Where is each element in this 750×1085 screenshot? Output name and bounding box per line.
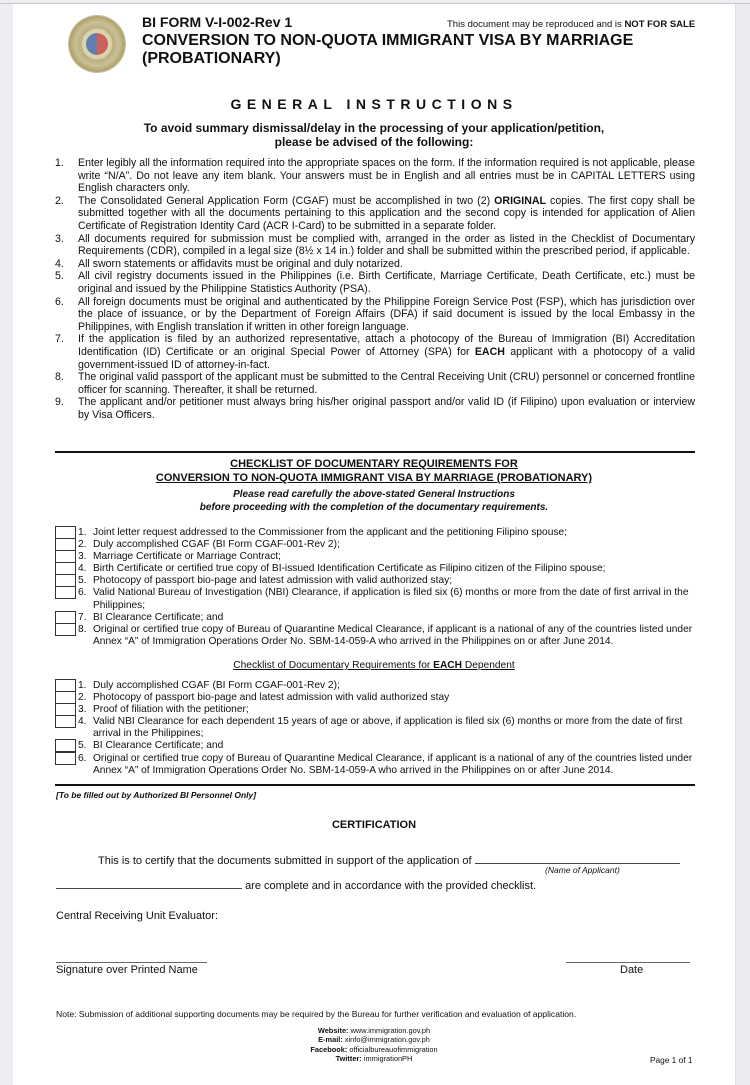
item-text: Valid NBI Clearance for each dependent 1… [93,716,682,739]
website-link[interactable]: www.immigration.gov.ph [351,1026,431,1035]
instruction-item: 2.The Consolidated General Application F… [55,195,695,233]
instruction-number: 8. [55,371,64,384]
applicant-checklist-item: 6.Valid National Bureau of Investigation… [55,587,700,611]
dependent-checklist-caption: Checklist of Documentary Requirements fo… [13,660,735,671]
instruction-number: 2. [55,195,64,208]
section-divider [55,451,695,453]
subheading-line1: To avoid summary dismissal/delay in the … [13,121,735,135]
facebook-label: Facebook: [310,1045,347,1054]
instruction-emphasis: EACH [475,346,505,358]
dependent-checklist-item: 4.Valid NBI Clearance for each dependent… [55,716,700,740]
applicant-checklist-item: 8.Original or certified true copy of Bur… [55,624,700,648]
email-row: E-mail: xinfo@immigration.gov.ph [13,1035,735,1044]
instruction-text: Enter legibly all the information requir… [78,157,695,194]
item-number: 8. [78,624,87,636]
twitter-label: Twitter: [336,1054,362,1063]
checkbox[interactable] [55,752,76,765]
item-text: BI Clearance Certificate; and [93,612,223,623]
dependent-checklist-item: 3.Proof of filiation with the petitioner… [55,704,700,716]
date-field[interactable] [566,962,690,963]
dependent-caption-suffix: Dependent [462,660,515,671]
instruction-number: 5. [55,270,64,283]
item-text: Duly accomplished CGAF (BI Form CGAF-001… [93,680,340,691]
checkbox[interactable] [55,586,76,599]
checkbox[interactable] [55,562,76,575]
applicant-checklist-item: 3.Marriage Certificate or Marriage Contr… [55,551,700,563]
form-title-line1: CONVERSION TO NON-QUOTA IMMIGRANT VISA B… [142,32,662,50]
form-title-line2: (PROBATIONARY) [142,50,662,68]
item-number: 6. [78,753,87,765]
instruction-text: All sworn statements or affidavits must … [78,258,403,270]
reproduction-note-text: This document may be reproduced and is [447,19,624,30]
form-number: BI FORM V-I-002-Rev 1 [142,14,292,30]
instruction-item: 4.All sworn statements or affidavits mus… [55,258,695,271]
instruction-item: 3.All documents required for submission … [55,233,695,258]
signature-label: Signature over Printed Name [56,964,198,976]
instruction-item: 7.If the application is filed by an auth… [55,333,695,371]
document-page: BI FORM V-I-002-Rev 1 This document may … [13,4,735,1085]
instruction-number: 7. [55,333,64,346]
checkbox[interactable] [55,550,76,563]
page-number: Page 1 of 1 [650,1055,692,1065]
dependent-caption-each: EACH [433,660,462,671]
checkbox[interactable] [55,538,76,551]
general-instructions-heading: GENERAL INSTRUCTIONS [13,96,735,112]
reproduction-note: This document may be reproduced and is N… [447,19,695,30]
applicant-checklist-item: 1.Joint letter request addressed to the … [55,527,700,539]
checkbox[interactable] [55,611,76,624]
twitter-link[interactable]: immigrationPH [364,1054,412,1063]
date-label: Date [620,964,643,976]
personnel-divider [55,784,695,786]
item-number: 4. [78,563,87,575]
checklist-instruction-line1: Please read carefully the above-stated G… [13,489,735,502]
item-text: Original or certified true copy of Burea… [93,753,692,776]
certification-heading: CERTIFICATION [13,819,735,831]
instruction-text: All civil registry documents issued in t… [78,270,695,295]
checklist-heading: CHECKLIST OF DOCUMENTARY REQUIREMENTS FO… [13,457,735,485]
checkbox[interactable] [55,679,76,692]
instruction-text: The original valid passport of the appli… [78,371,695,396]
item-text: Marriage Certificate or Marriage Contrac… [93,551,281,562]
item-number: 2. [78,539,87,551]
item-text: Duly accomplished CGAF (BI Form CGAF-001… [93,539,340,550]
twitter-row: Twitter: immigrationPH [13,1054,735,1063]
general-instructions-subheading: To avoid summary dismissal/delay in the … [13,121,735,149]
instruction-text: The applicant and/or petitioner must alw… [78,396,695,421]
website-row: Website: www.immigration.gov.ph [13,1026,735,1035]
item-number: 5. [78,575,87,587]
item-number: 3. [78,551,87,563]
instruction-item: 9.The applicant and/or petitioner must a… [55,396,695,421]
instruction-emphasis: ORIGINAL [494,195,546,207]
item-text: Valid National Bureau of Investigation (… [93,587,688,610]
item-text: Photocopy of passport bio-page and lates… [93,692,449,703]
cru-evaluator-label: Central Receiving Unit Evaluator: [56,910,218,922]
checkbox[interactable] [55,574,76,587]
dependent-checklist-item: 6.Original or certified true copy of Bur… [55,753,700,777]
item-number: 7. [78,612,87,624]
item-text: Original or certified true copy of Burea… [93,624,692,647]
email-label: E-mail: [318,1035,343,1044]
item-number: 4. [78,716,87,728]
dependent-caption-text: Checklist of Documentary Requirements fo… [233,660,433,671]
item-number: 6. [78,587,87,599]
checklist-instruction: Please read carefully the above-stated G… [13,489,735,514]
facebook-link[interactable]: officialbureauofimmigration [349,1045,437,1054]
checkbox[interactable] [55,715,76,728]
item-number: 2. [78,692,87,704]
item-text: Photocopy of passport bio-page and lates… [93,575,452,586]
seal-shield [86,33,108,55]
instruction-number: 1. [55,157,64,170]
instruction-number: 9. [55,396,64,409]
instructions-list: 1.Enter legibly all the information requ… [55,157,695,421]
checklist-instruction-line2: before proceeding with the completion of… [13,502,735,515]
certification-statement-end: are complete and in accordance with the … [245,880,536,892]
instruction-number: 4. [55,258,64,271]
form-title: CONVERSION TO NON-QUOTA IMMIGRANT VISA B… [142,32,662,68]
personnel-only-note: [To be filled out by Authorized BI Perso… [56,790,256,800]
dependent-checklist: 1.Duly accomplished CGAF (BI Form CGAF-0… [55,680,700,777]
applicant-checklist: 1.Joint letter request addressed to the … [55,527,700,648]
item-text: Joint letter request addressed to the Co… [93,527,567,538]
instruction-item: 6.All foreign documents must be original… [55,296,695,334]
name-of-applicant-caption: (Name of Applicant) [545,865,620,875]
dependent-checklist-item: 5.BI Clearance Certificate; and [55,740,700,752]
dependent-checklist-item: 1.Duly accomplished CGAF (BI Form CGAF-0… [55,680,700,692]
instruction-item: 1.Enter legibly all the information requ… [55,157,695,195]
subheading-line2: please be advised of the following: [13,135,735,149]
item-number: 1. [78,680,87,692]
certification-statement: This is to certify that the documents su… [98,855,472,867]
email-link[interactable]: xinfo@immigration.gov.ph [345,1035,430,1044]
instruction-number: 6. [55,296,64,309]
instruction-text: All foreign documents must be original a… [78,296,695,333]
facebook-row: Facebook: officialbureauofimmigration [13,1045,735,1054]
viewer-right-margin [735,4,750,1085]
applicant-checklist-item: 4.Birth Certificate or certified true co… [55,563,700,575]
checkbox[interactable] [55,526,76,539]
checklist-heading-line2: CONVERSION TO NON-QUOTA IMMIGRANT VISA B… [156,472,592,484]
instruction-text: All documents required for submission mu… [78,233,695,258]
item-text: Birth Certificate or certified true copy… [93,563,605,574]
website-label: Website: [318,1026,349,1035]
bureau-of-immigration-seal-icon [69,16,125,72]
instruction-number: 3. [55,233,64,246]
footer-note: Note: Submission of additional supportin… [56,1009,576,1019]
instruction-item: 5.All civil registry documents issued in… [55,270,695,295]
checkbox[interactable] [55,739,76,752]
contact-info: Website: www.immigration.gov.ph E-mail: … [13,1026,735,1063]
instruction-text: The Consolidated General Application For… [78,195,494,207]
checkbox[interactable] [55,691,76,704]
certification-text-line2: are complete and in accordance with the … [56,878,536,892]
applicant-name-field-continued[interactable] [56,878,242,889]
item-number: 3. [78,704,87,716]
applicant-checklist-item: 7.BI Clearance Certificate; and [55,612,700,624]
checklist-heading-line1: CHECKLIST OF DOCUMENTARY REQUIREMENTS FO… [230,458,518,470]
signature-field[interactable] [56,962,207,963]
not-for-sale: NOT FOR SALE [624,19,695,30]
instruction-item: 8.The original valid passport of the app… [55,371,695,396]
item-text: BI Clearance Certificate; and [93,740,223,751]
checkbox[interactable] [55,623,76,636]
dependent-checklist-item: 2.Photocopy of passport bio-page and lat… [55,692,700,704]
item-text: Proof of filiation with the petitioner; [93,704,249,715]
item-number: 1. [78,527,87,539]
checkbox[interactable] [55,703,76,716]
applicant-checklist-item: 5.Photocopy of passport bio-page and lat… [55,575,700,587]
item-number: 5. [78,740,87,752]
applicant-name-field[interactable] [475,853,680,864]
applicant-checklist-item: 2.Duly accomplished CGAF (BI Form CGAF-0… [55,539,700,551]
